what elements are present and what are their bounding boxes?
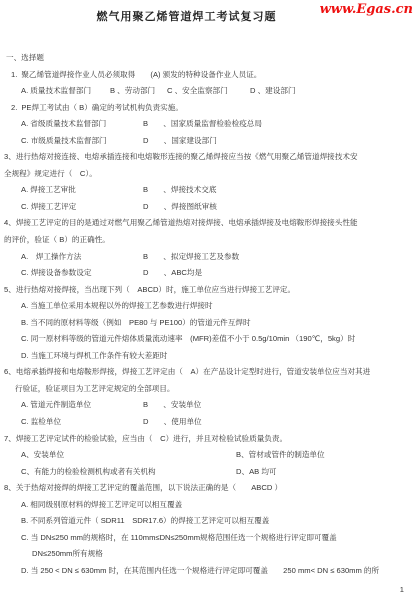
option-a: A. 管道元件制造单位	[21, 397, 143, 414]
question-5-option-d: D. 当施工环境与焊机工作条件有较大差距时	[21, 348, 417, 365]
question-7-number: 7、	[4, 434, 16, 443]
option-c: C. 监检单位	[21, 414, 143, 431]
question-6: 6、电熔承插焊接和电熔鞍形焊接，焊接工艺评定由（ A）在产品设计定型时进行，管道…	[4, 364, 417, 381]
question-1: 1.聚乙烯管道焊接作业人员必须取得 (A) 颁发的特种设备作业人员证。	[11, 67, 417, 84]
question-2: 2.PE焊工考试由（ B）确定的考试机构负责实施。	[11, 100, 417, 117]
question-8-option-d: D. 当 250 < DN ≤ 630mm 时，在其范围内任选一个规格进行评定即…	[21, 563, 417, 580]
question-8: 8、关于热熔对接焊的焊接工艺评定的覆盖范围，以下说法正确的是（ ABCD ）	[4, 480, 417, 497]
question-5-number: 5、	[4, 285, 16, 294]
question-3-options-row-2: C. 焊接工艺评定 D 、焊接图纸审核	[21, 199, 417, 216]
option-c: C. 焊接设备参数设定	[21, 265, 143, 282]
document-body: 一、选择题 1.聚乙烯管道焊接作业人员必须取得 (A) 颁发的特种设备作业人员证…	[0, 50, 417, 580]
question-6-number: 6、	[4, 367, 16, 376]
option-a: A、安装单位	[21, 447, 236, 464]
question-2-options-row-1: A. 省级质量技术监督部门 B 、国家质量监督检验检疫总局	[21, 116, 417, 133]
question-8-number: 8、	[4, 483, 16, 492]
option-b: B 、拟定焊接工艺及参数	[143, 249, 239, 266]
question-3-text: 进行热熔对接连接、电熔承插连接和电熔鞍形连接的聚乙烯焊接应当按《燃气用聚乙烯管道…	[16, 152, 358, 161]
question-7-text: 焊接工艺评定试件的检验试验，应当由（ C）进行，并且对检验试验质量负责。	[16, 434, 287, 443]
option-a: A. 焊接工艺审批	[21, 182, 143, 199]
question-5-option-b: B. 当不同的原材料等级（例如 PE80 与 PE100）的管道元件互焊时	[21, 315, 417, 332]
option-b: B 、国家质量监督检验检疫总局	[143, 116, 262, 133]
question-2-number: 2.	[11, 103, 17, 112]
question-1-text: 聚乙烯管道焊接作业人员必须取得 (A) 颁发的特种设备作业人员证。	[21, 70, 261, 79]
option-d: D 、国家建设部门	[143, 133, 217, 150]
option-c: C、有能力的检验检测机构或者有关机构	[21, 464, 236, 481]
question-5-option-a: A. 当施工单位采用本规程以外的焊接工艺参数进行焊接时	[21, 298, 417, 315]
question-3: 3、进行热熔对接连接、电熔承插连接和电熔鞍形连接的聚乙烯焊接应当按《燃气用聚乙烯…	[4, 149, 417, 166]
option-b: B 、劳动部门	[110, 83, 167, 100]
question-8-option-b: B. 不同系列管道元件（ SDR11 SDR17.6）的焊接工艺评定可以相互覆盖	[21, 513, 417, 530]
question-7-options-row-2: C、有能力的检验检测机构或者有关机构 D、AB 均可	[21, 464, 417, 481]
question-2-text: PE焊工考试由（ B）确定的考试机构负责实施。	[21, 103, 183, 112]
question-8-option-c-continued: DN≤250mm所有规格	[32, 546, 417, 563]
option-a: A. 焊工操作方法	[21, 249, 143, 266]
option-a: A. 质量技术监督部门	[21, 83, 110, 100]
question-1-options: A. 质量技术监督部门 B 、劳动部门 C 、安全监察部门 D 、建设部门	[21, 83, 417, 100]
option-d: D、AB 均可	[236, 464, 277, 481]
question-4: 4、焊接工艺评定的目的是通过对燃气用聚乙烯管道热熔对接焊接、电熔承插焊接及电熔鞍…	[4, 215, 417, 232]
question-7: 7、焊接工艺评定试件的检验试验，应当由（ C）进行，并且对检验试验质量负责。	[4, 431, 417, 448]
question-5: 5、进行热熔对接焊接，当出现下列（ ABCD）时，施工单位应当进行焊接工艺评定。	[4, 282, 417, 299]
question-3-options-row-1: A. 焊接工艺审批 B 、焊接技术交底	[21, 182, 417, 199]
question-3-number: 3、	[4, 152, 16, 161]
question-6-text-continued: 行验证，验证项目为工艺评定规定的全部项目。	[15, 381, 417, 398]
question-3-text-continued: 全规程》规定进行（ C）。	[4, 166, 417, 183]
question-4-text-continued: 的评价，验证（ B）的正确性。	[4, 232, 417, 249]
option-d: D 、焊接图纸审核	[143, 199, 217, 216]
question-4-text: 焊接工艺评定的目的是通过对燃气用聚乙烯管道热熔对接焊接、电熔承插焊接及电熔鞍形焊…	[16, 218, 358, 227]
option-c: C. 焊接工艺评定	[21, 199, 143, 216]
option-d: D 、ABC均是	[143, 265, 202, 282]
question-4-number: 4、	[4, 218, 16, 227]
option-c: C. 市级质量技术监督部门	[21, 133, 143, 150]
section-heading: 一、选择题	[6, 50, 417, 67]
option-b: B 、焊接技术交底	[143, 182, 216, 199]
question-1-number: 1.	[11, 70, 17, 79]
option-b: B、管材或管件的制造单位	[236, 447, 325, 464]
option-a: A. 省级质量技术监督部门	[21, 116, 143, 133]
question-7-options-row-1: A、安装单位 B、管材或管件的制造单位	[21, 447, 417, 464]
question-5-option-c: C. 同一原材料等级的管道元件熔体质量流动速率 (MFR)差值不小于 0.5g/…	[21, 331, 417, 348]
question-2-options-row-2: C. 市级质量技术监督部门 D 、国家建设部门	[21, 133, 417, 150]
question-8-option-c: C. 当 DN≤250 mm的规格时，在 110mm≤DN≤250mm规格范围任…	[21, 530, 417, 547]
option-b: B 、安装单位	[143, 397, 201, 414]
option-c: C 、安全监察部门	[167, 83, 250, 100]
question-8-text: 关于热熔对接焊的焊接工艺评定的覆盖范围，以下说法正确的是（ ABCD ）	[16, 483, 282, 492]
watermark-url: www.Egas.cn	[320, 2, 413, 17]
question-6-options-row-2: C. 监检单位 D 、使用单位	[21, 414, 417, 431]
question-4-options-row-1: A. 焊工操作方法 B 、拟定焊接工艺及参数	[21, 249, 417, 266]
option-d: D 、使用单位	[143, 414, 202, 431]
question-8-option-a: A. 相同级别原材料的焊接工艺评定可以相互覆盖	[21, 497, 417, 514]
page-number: 1	[400, 585, 404, 594]
question-4-options-row-2: C. 焊接设备参数设定 D 、ABC均是	[21, 265, 417, 282]
question-5-text: 进行热熔对接焊接，当出现下列（ ABCD）时，施工单位应当进行焊接工艺评定。	[16, 285, 295, 294]
option-d: D 、建设部门	[250, 83, 296, 100]
question-6-text: 电熔承插焊接和电熔鞍形焊接，焊接工艺评定由（ A）在产品设计定型时进行，管道安装…	[16, 367, 370, 376]
question-6-options-row-1: A. 管道元件制造单位 B 、安装单位	[21, 397, 417, 414]
